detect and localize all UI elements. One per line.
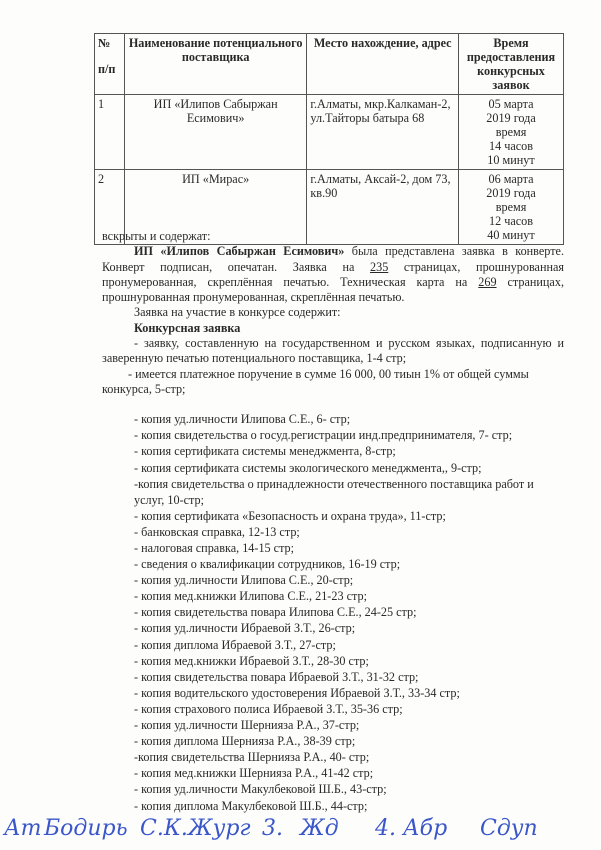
signature: С.К.Жург [140, 816, 251, 841]
signature: Жд [300, 816, 339, 841]
documents-list: - копия уд.личности Илипова С.Е., 6- стр… [102, 411, 564, 813]
list-item: - налоговая справка, 14-15 стр; [134, 540, 564, 556]
list-item: - копия свидетельства о госуд.регистраци… [134, 427, 564, 443]
header-address: Место нахождение, адрес [307, 34, 459, 95]
time-line: 05 марта [462, 97, 560, 111]
section-title: Конкурсная заявка [102, 321, 564, 336]
time-line: время [462, 125, 560, 139]
signature: 3. [262, 816, 283, 841]
suppliers-table: № п/п Наименование потенциального постав… [94, 33, 564, 245]
time-line: 10 минут [462, 153, 560, 167]
time-line: 14 часов [462, 139, 560, 153]
item-payment: - имеется платежное поручение в сумме 16… [102, 367, 542, 398]
list-item: - копия уд.личности Ибраевой З.Т., 26-ст… [134, 620, 564, 636]
list-item: - копия свидетельства повара Илипова С.Е… [134, 604, 564, 620]
list-item: - копия сертификата системы экологическо… [134, 460, 564, 476]
list-item: - копия мед.книжки Шернияза Р.А., 41-42 … [134, 765, 564, 781]
signature: Сдуп [480, 816, 538, 841]
list-item: - копия диплома Шернияза Р.А., 38-39 стр… [134, 733, 564, 749]
list-item: - копия свидетельства повара Ибраевой З.… [134, 669, 564, 685]
header-number: № п/п [95, 34, 125, 95]
list-item: - копия уд.личности Илипова С.Е., 20-стр… [134, 572, 564, 588]
time-line: время [462, 200, 560, 214]
time-line: 12 часов [462, 214, 560, 228]
list-item: -копия свидетельства Шернияза Р.А., 40- … [134, 749, 564, 765]
time-line: 06 марта [462, 172, 560, 186]
signatures: Ат Бодирь С.К.Жург 3. Жд 4. Абр Сдуп [0, 810, 601, 850]
list-item: - копия сертификата «Безопасность и охра… [134, 508, 564, 524]
list-item: - копия водительского удостоверения Ибра… [134, 685, 564, 701]
signature: Ат [4, 816, 42, 841]
supplier-address: г.Алматы, мкр.Калкаман-2, ул.Тайторы бат… [307, 95, 459, 170]
signature: 4. Абр [375, 816, 447, 841]
document-body: вскрыты и содержат: ИП «Илипов Сабыржан … [102, 229, 564, 814]
list-item: - банковская справка, 12-13 стр; [134, 524, 564, 540]
time-line: 2019 года [462, 186, 560, 200]
list-item: - копия мед.книжки Ибраевой З.Т., 28-30 … [134, 653, 564, 669]
list-item: - копия уд.личности Макулбековой Ш.Б., 4… [134, 781, 564, 797]
list-item: - копия уд.личности Илипова С.Е., 6- стр… [134, 411, 564, 427]
list-item: - копия уд.личности Шернияза Р.А., 37-ст… [134, 717, 564, 733]
application-page-count: 235 [370, 260, 388, 274]
contains-line: Заявка на участие в конкурсе содержит: [102, 305, 564, 320]
opened-line: вскрыты и содержат: [102, 229, 564, 244]
supplier-paragraph: ИП «Илипов Сабыржан Есимович» была предс… [102, 244, 564, 305]
list-item: - копия диплома Ибраевой З.Т., 27-стр; [134, 637, 564, 653]
list-item: - копия мед.книжки Илипова С.Е., 21-23 с… [134, 588, 564, 604]
header-number-top: № [98, 36, 121, 50]
submission-time: 05 марта 2019 года время 14 часов 10 мин… [459, 95, 564, 170]
list-item: - копия сертификата системы менеджмента,… [134, 443, 564, 459]
supplier-name: ИП «Илипов Сабыржан Есимович» [124, 95, 306, 170]
header-submission-time: Время предоставления конкурсных заявок [459, 34, 564, 95]
signature: Бодирь [44, 816, 128, 841]
supplier-name-bold: ИП «Илипов Сабыржан Есимович» [134, 244, 344, 258]
item-application: - заявку, составленную на государственно… [102, 336, 564, 367]
table-header-row: № п/п Наименование потенциального постав… [95, 34, 564, 95]
row-number: 1 [95, 95, 125, 170]
tech-card-page-count: 269 [478, 275, 496, 289]
list-item: - сведения о квалификации сотрудников, 1… [134, 556, 564, 572]
list-item: -копия свидетельства о принадлежности от… [134, 476, 564, 508]
header-number-bottom: п/п [98, 62, 121, 76]
time-line: 2019 года [462, 111, 560, 125]
table-row: 1 ИП «Илипов Сабыржан Есимович» г.Алматы… [95, 95, 564, 170]
header-supplier-name: Наименование потенциального поставщика [124, 34, 306, 95]
list-item: - копия страхового полиса Ибраевой З.Т.,… [134, 701, 564, 717]
